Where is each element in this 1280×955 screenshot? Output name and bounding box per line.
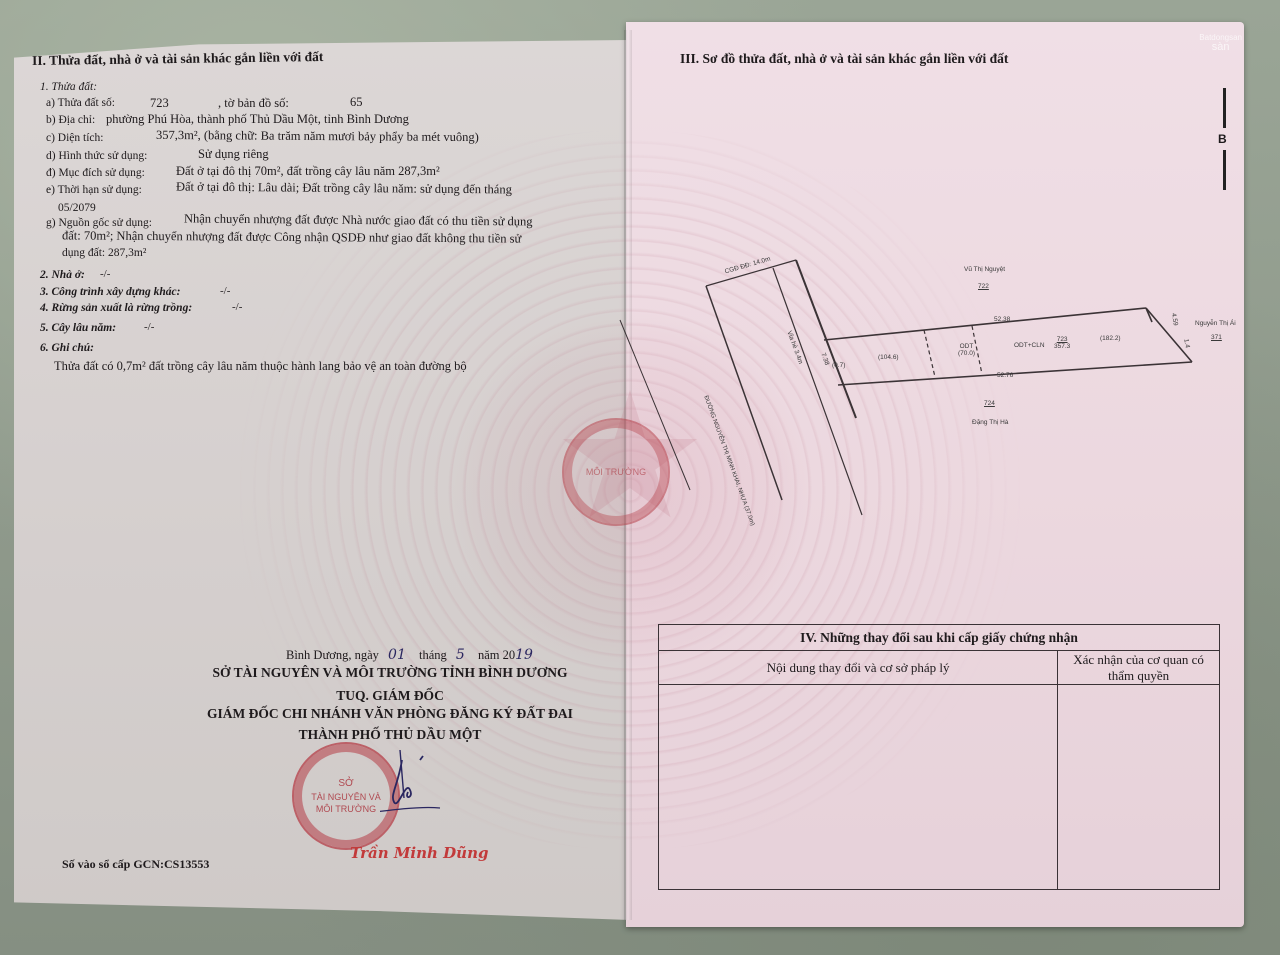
item-house-value: -/-: [100, 269, 110, 280]
parcel-no-label: a) Thửa đất số:: [46, 98, 115, 110]
neighbor-north-name: Vũ Thị Nguyệt: [964, 266, 1005, 273]
neighbor-east-parcel: 371: [1211, 334, 1222, 341]
map-sheet-value: 65: [350, 96, 363, 109]
item-other-construction-value: -/-: [220, 286, 230, 297]
signer-name: Trần Minh Dũng: [350, 844, 488, 862]
changes-table: IV. Những thay đổi sau khi cấp giấy chứn…: [658, 624, 1220, 890]
address-value: phường Phú Hòa, thành phố Thủ Dầu Một, t…: [106, 113, 409, 126]
note-text: Thửa đất có 0,7m² đất trồng cây lâu năm …: [54, 360, 467, 373]
neighbor-north-parcel: 722: [978, 283, 989, 290]
corridor-area-label: (0.7): [832, 362, 845, 369]
origin-line1: Nhận chuyển nhượng đất được Nhà nước gia…: [184, 212, 533, 228]
area-label: c) Diện tích:: [46, 133, 103, 145]
item-notes-label: 6. Ghi chú:: [40, 343, 94, 355]
area-value: 357,3m², (bằng chữ: Ba trăm năm mươi bảy…: [156, 129, 479, 144]
authority-confirmation-cell[interactable]: [1058, 685, 1220, 890]
term-value-line2: 05/2079: [58, 203, 96, 215]
changes-table-title: IV. Những thay đổi sau khi cấp giấy chứn…: [659, 625, 1220, 651]
term-label: e) Thời hạn sử dụng:: [46, 185, 142, 197]
item-perennial-trees-label: 5. Cây lâu năm:: [40, 323, 116, 335]
parcel-map: [600, 250, 1240, 550]
parcel-no-value: 723: [150, 97, 169, 110]
signing-place-date: Bình Dương, ngày 01 tháng 5 năm 2019: [286, 648, 533, 662]
column-header-authority-confirmation: Xác nhận của cơ quan có thẩm quyền: [1058, 651, 1220, 685]
site-watermark: Batdongsan sàn: [1199, 34, 1242, 53]
use-form-value: Sử dụng riêng: [198, 148, 269, 161]
purpose-label: đ) Mục đích sử dụng:: [46, 168, 145, 180]
top-length-label: 52.38: [994, 316, 1010, 323]
section-iii-title: III. Sơ đồ thửa đất, nhà ở và tài sản kh…: [680, 52, 1008, 66]
rear-width-2-label: 1.4: [1182, 338, 1190, 348]
mixed-use-label: ODT+CLN: [1014, 342, 1045, 349]
item-other-construction-label: 3. Công trình xây dựng khác:: [40, 287, 180, 299]
land-parcel-heading: 1. Thửa đất:: [40, 82, 97, 94]
segment-area-2-label: (182.2): [1100, 335, 1121, 342]
origin-line2: đất: 70m²; Nhận chuyển nhượng đất được C…: [62, 229, 521, 245]
item-house-label: 2. Nhà ở:: [40, 270, 85, 282]
purpose-value: Đất ở tại đô thị 70m², đất trồng cây lâu…: [176, 165, 440, 178]
column-header-change-content: Nội dung thay đổi và cơ sở pháp lý: [659, 651, 1058, 685]
signing-day: 01: [388, 647, 406, 663]
authority-line1: SỞ TÀI NGUYÊN VÀ MÔI TRƯỜNG TỈNH BÌNH DƯ…: [188, 665, 592, 681]
map-sheet-label: , tờ bản đồ số:: [218, 97, 289, 110]
item-production-forest-value: -/-: [232, 302, 242, 313]
bottom-length-label: 52.76: [997, 372, 1013, 379]
odt-label: ODT (70.0): [958, 343, 975, 357]
neighbor-south-name: Đặng Thị Hà: [972, 419, 1008, 426]
address-label: b) Địa chỉ:: [46, 115, 95, 127]
item-production-forest-label: 4. Rừng sản xuất là rừng trồng:: [40, 303, 192, 315]
origin-line3: dụng đất: 287,3m²: [62, 248, 146, 260]
change-content-cell[interactable]: [659, 685, 1058, 890]
authority-line3: GIÁM ĐỐC CHI NHÁNH VĂN PHÒNG ĐĂNG KÝ ĐẤT…: [180, 706, 600, 722]
neighbor-east-name: Nguyễn Thị Ái: [1195, 320, 1236, 327]
signature-mark-icon: [380, 740, 460, 820]
north-arrow-icon: B: [1218, 88, 1230, 192]
signing-year-suffix: 19: [515, 647, 533, 663]
signing-month: 5: [456, 647, 465, 663]
term-value-line1: Đất ở tại đô thị: Lâu dài; Đất trồng cây…: [176, 181, 512, 196]
registry-number: Số vào sổ cấp GCN:CS13553: [62, 858, 209, 870]
item-perennial-trees-value: -/-: [144, 322, 154, 333]
use-form-label: d) Hình thức sử dụng:: [46, 151, 147, 163]
neighbor-south-parcel: 724: [984, 400, 995, 407]
parcel-number-area: 723 357.3: [1054, 336, 1070, 350]
authority-line2: TUQ. GIÁM ĐỐC: [188, 688, 592, 704]
segment-area-1-label: (104.6): [878, 354, 899, 361]
